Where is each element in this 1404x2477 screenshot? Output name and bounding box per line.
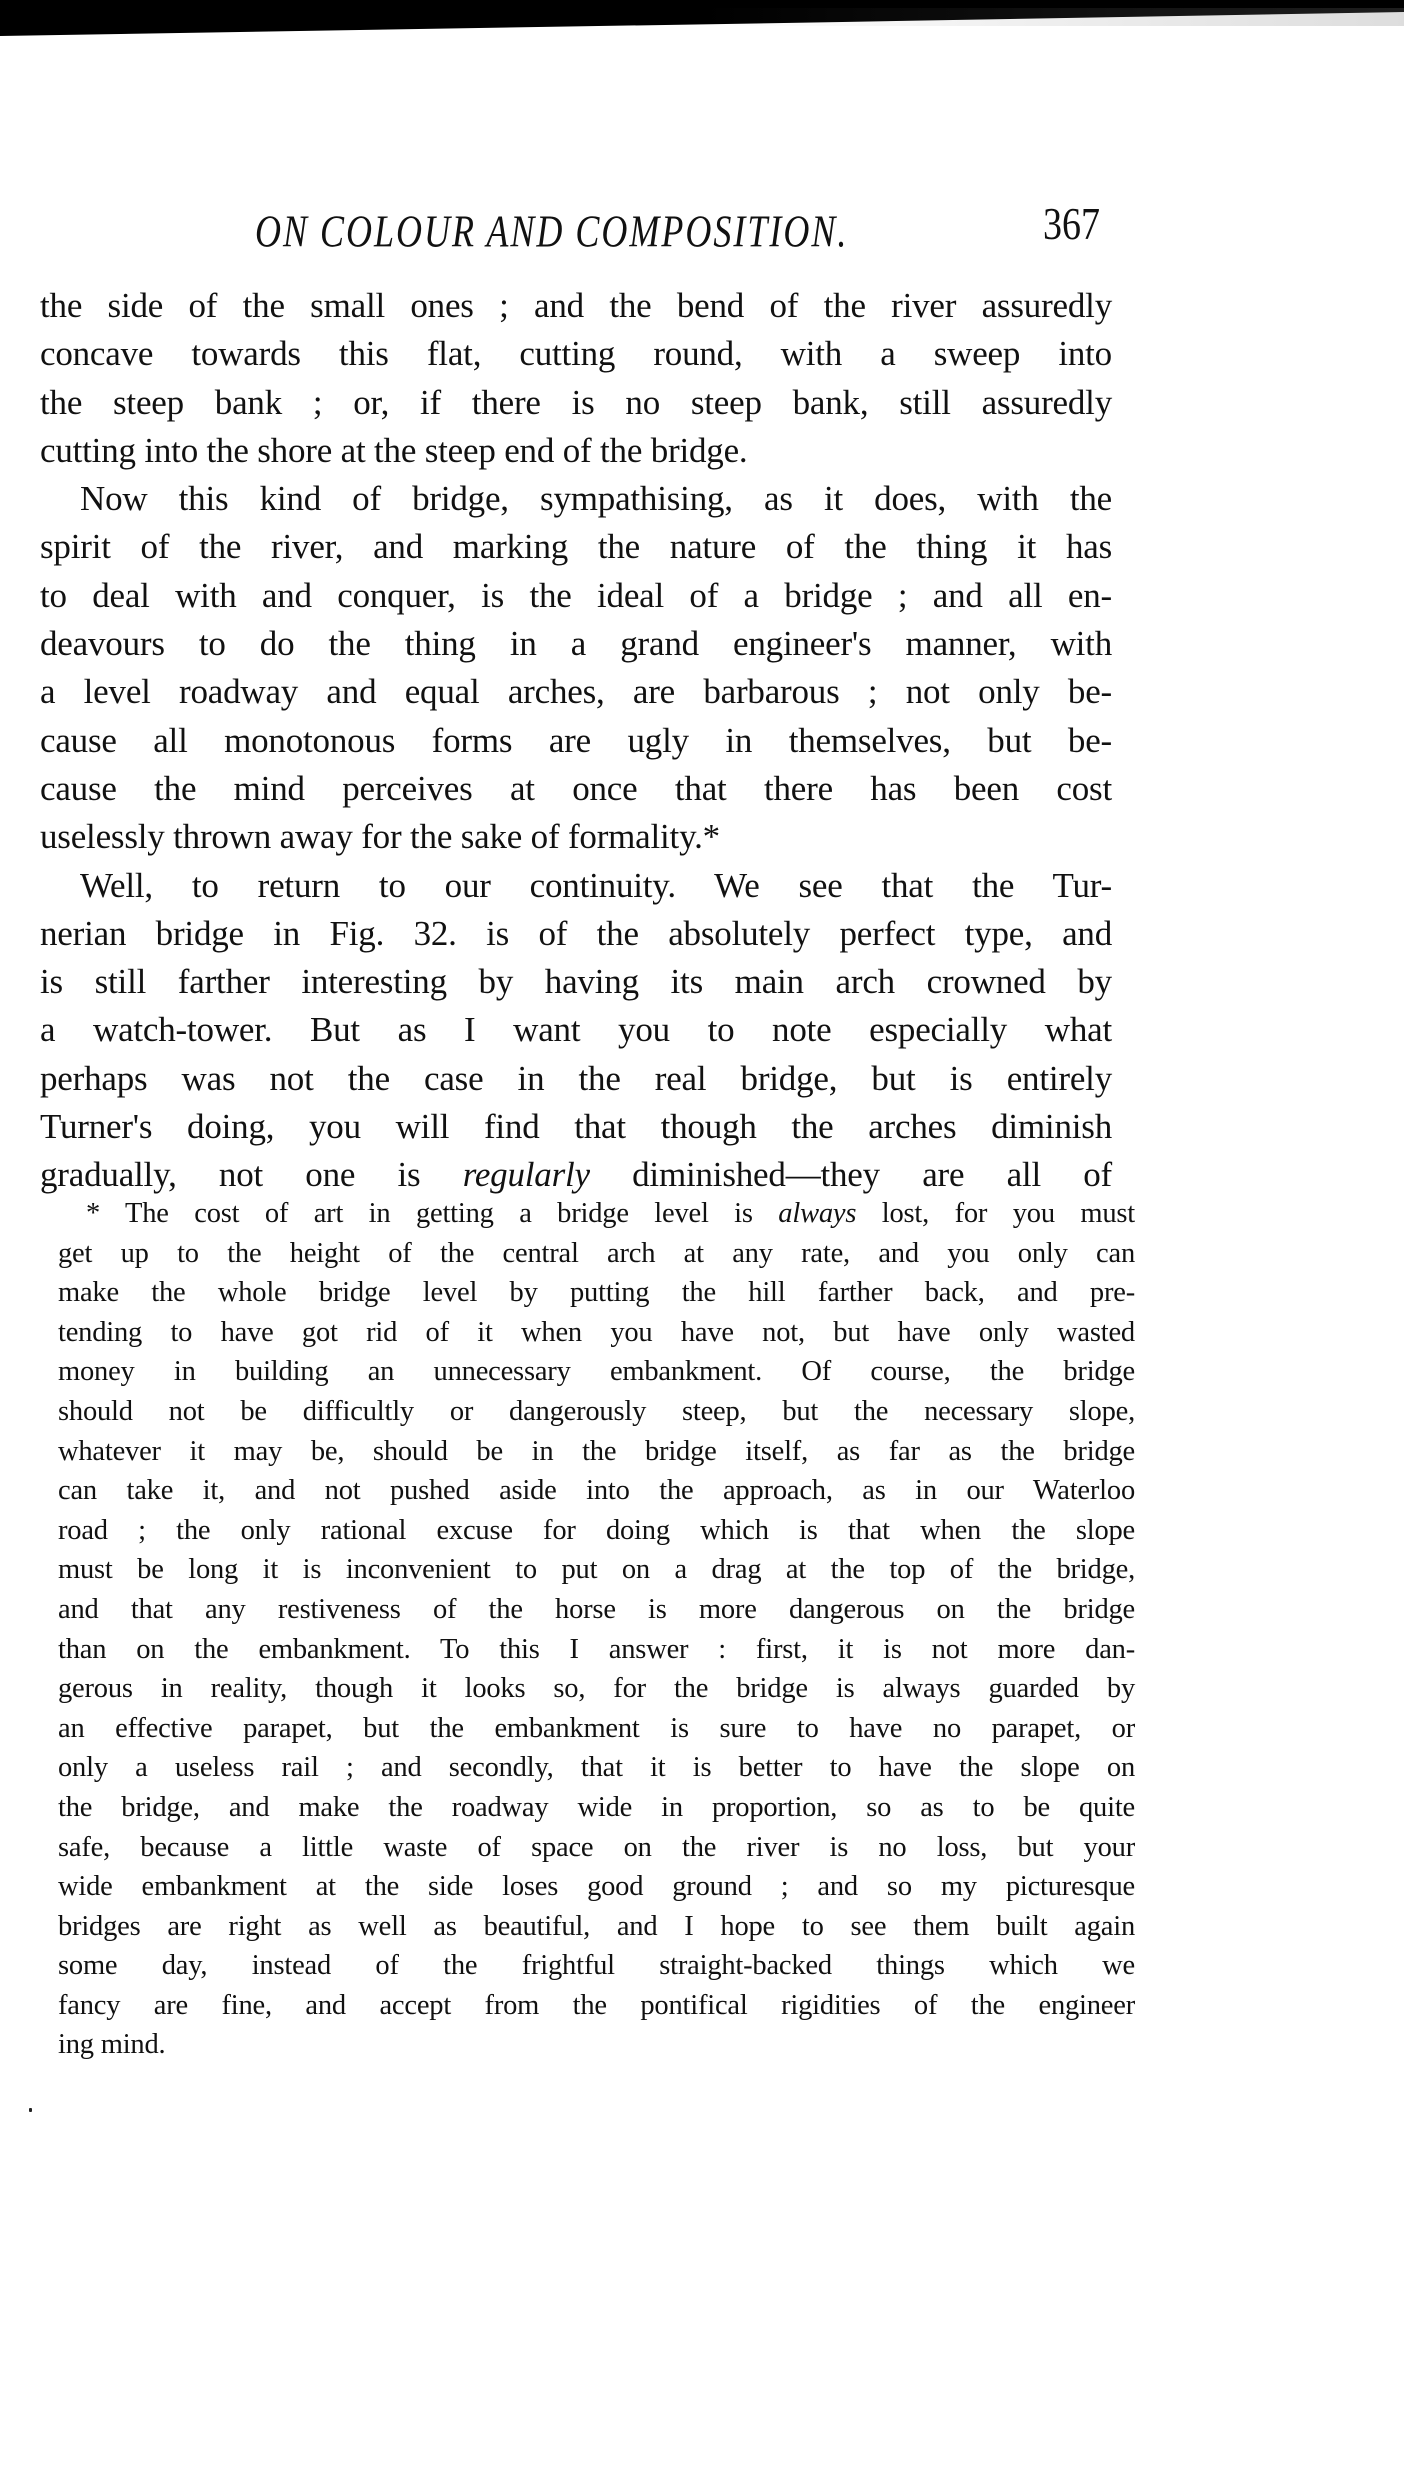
footnote-line: fancy are fine, and accept from the pont…: [58, 1986, 1135, 2026]
footnote-line: should not be difficultly or dangerously…: [58, 1392, 1135, 1432]
page-number: 367: [1043, 198, 1100, 251]
body-line: cause the mind perceives at once that th…: [40, 765, 1112, 813]
footnote-line: an effective parapet, but the embankment…: [58, 1709, 1135, 1749]
text-run: gradually, not one is: [40, 1155, 463, 1194]
footnote-line: must be long it is inconvenient to put o…: [58, 1550, 1135, 1590]
italic-word: regularly: [463, 1155, 590, 1194]
body-line: cause all monotonous forms are ugly in t…: [40, 717, 1112, 765]
footnote-line: make the whole bridge level by putting t…: [58, 1273, 1135, 1313]
body-line: the steep bank ; or, if there is no stee…: [40, 379, 1112, 427]
body-line: gradually, not one is regularly diminish…: [40, 1151, 1112, 1199]
body-line: uselessly thrown away for the sake of fo…: [40, 813, 1112, 861]
text-run: * The cost of art in getting a bridge le…: [86, 1198, 778, 1229]
footnote-line: gerous in reality, though it looks so, f…: [58, 1669, 1135, 1709]
text-run: diminished—they are all of: [590, 1155, 1112, 1194]
body-text: the side of the small ones ; and the ben…: [40, 282, 1112, 1200]
scan-edge-fade: [700, 8, 1404, 26]
footnote-line: tending to have got rid of it when you h…: [58, 1313, 1135, 1353]
footnote-line: can take it, and not pushed aside into t…: [58, 1471, 1135, 1511]
body-line: spirit of the river, and marking the nat…: [40, 523, 1112, 571]
body-line: perhaps was not the case in the real bri…: [40, 1055, 1112, 1103]
footnote-line: road ; the only rational excuse for doin…: [58, 1511, 1135, 1551]
running-head: ON COLOUR AND COMPOSITION.: [255, 205, 848, 258]
footnote-line: and that any restiveness of the horse is…: [58, 1590, 1135, 1630]
italic-word: always: [778, 1198, 856, 1229]
body-line: deavours to do the thing in a grand engi…: [40, 620, 1112, 668]
body-line: cutting into the shore at the steep end …: [40, 427, 1112, 475]
footnote-line: wide embankment at the side loses good g…: [58, 1867, 1135, 1907]
footnote-line: the bridge, and make the roadway wide in…: [58, 1788, 1135, 1828]
footnote-line: bridges are right as well as beautiful, …: [58, 1907, 1135, 1947]
footnote-line: whatever it may be, should be in the bri…: [58, 1432, 1135, 1472]
footnote-line: only a useless rail ; and secondly, that…: [58, 1748, 1135, 1788]
footnote-line: money in building an unnecessary embankm…: [58, 1352, 1135, 1392]
body-line: a watch-tower. But as I want you to note…: [40, 1006, 1112, 1054]
footnote-line: than on the embankment. To this I answer…: [58, 1630, 1135, 1670]
body-line: is still farther interesting by having i…: [40, 958, 1112, 1006]
body-line: a level roadway and equal arches, are ba…: [40, 668, 1112, 716]
body-line: Well, to return to our continuity. We se…: [40, 862, 1112, 910]
footnote-line: ing mind.: [58, 2025, 1135, 2065]
footnote-line: * The cost of art in getting a bridge le…: [58, 1194, 1135, 1234]
body-line: concave towards this flat, cutting round…: [40, 330, 1112, 378]
footnote-line: some day, instead of the frightful strai…: [58, 1946, 1135, 1986]
body-line: Now this kind of bridge, sympathising, a…: [40, 475, 1112, 523]
body-line: to deal with and conquer, is the ideal o…: [40, 572, 1112, 620]
scan-speck: [29, 2108, 32, 2112]
body-line: Turner's doing, you will find that thoug…: [40, 1103, 1112, 1151]
text-run: lost, for you must: [856, 1198, 1135, 1229]
body-line: nerian bridge in Fig. 32. is of the abso…: [40, 910, 1112, 958]
footnote-line: safe, because a little waste of space on…: [58, 1828, 1135, 1868]
footnote-line: get up to the height of the central arch…: [58, 1234, 1135, 1274]
body-line: the side of the small ones ; and the ben…: [40, 282, 1112, 330]
footnote: * The cost of art in getting a bridge le…: [58, 1194, 1135, 2065]
